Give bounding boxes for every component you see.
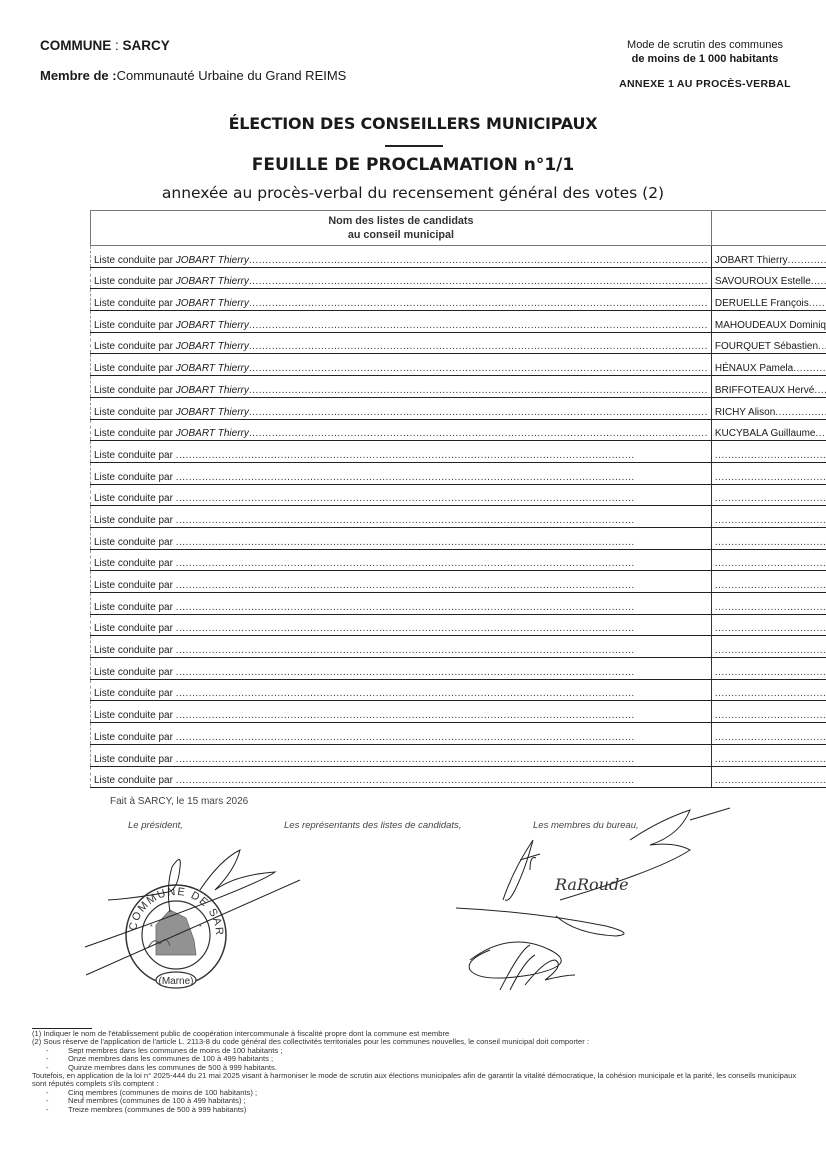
footnote-toutefois: Toutefois, en application de la loi n° 2… <box>32 1072 812 1089</box>
svg-text:(Marne): (Marne) <box>158 976 193 987</box>
bureau-signatures-icon: RaRoude <box>456 808 730 990</box>
footnotes: (1) Indiquer le nom de l'établissement p… <box>32 1030 812 1114</box>
signatures-and-stamp: COMMUNE DE SARCY (Marne) * * RaRoude <box>0 0 826 1168</box>
svg-text:RaRoude: RaRoude <box>554 875 629 894</box>
svg-text:COMMUNE DE SARCY: COMMUNE DE SARCY <box>0 0 225 937</box>
president-signature-icon <box>85 850 300 975</box>
svg-text:*: * <box>150 924 153 931</box>
commune-stamp-icon: COMMUNE DE SARCY (Marne) * * <box>0 0 226 988</box>
footnote-toutefois-item: -Treize membres (communes de 500 à 999 h… <box>32 1106 812 1114</box>
